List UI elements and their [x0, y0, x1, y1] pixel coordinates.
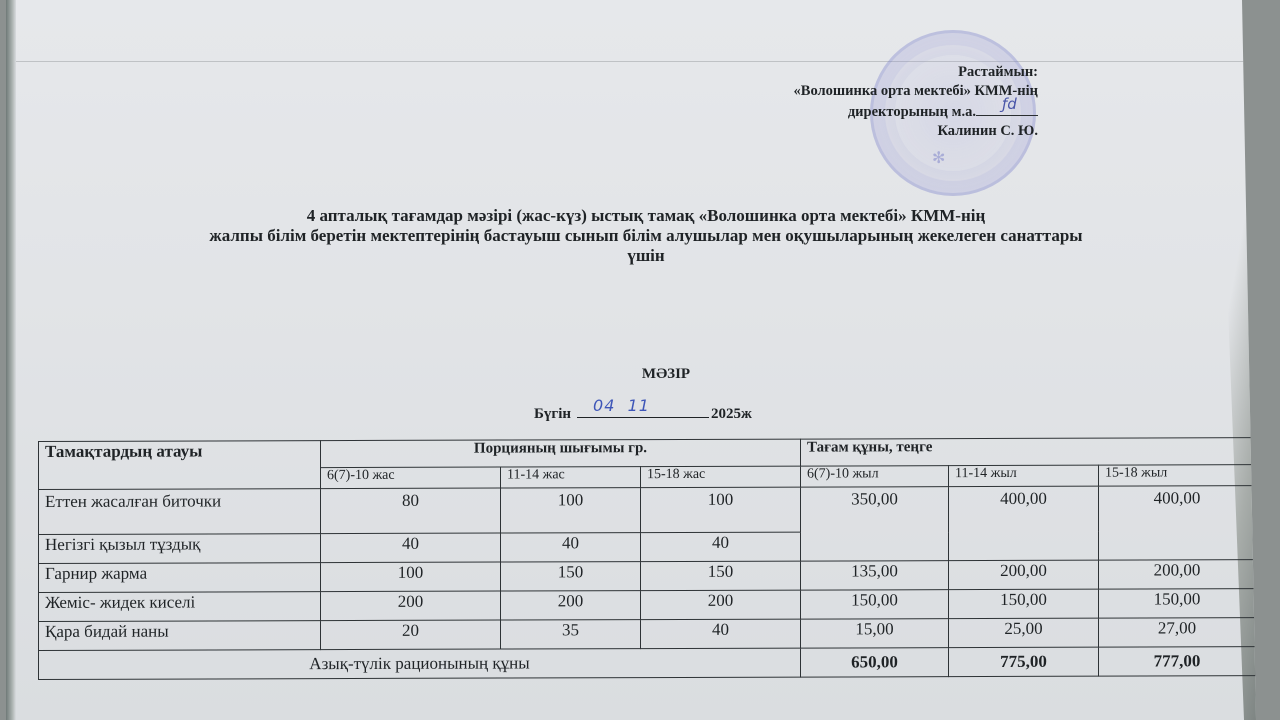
- portion-cell: 200: [321, 591, 501, 621]
- approval-block: Растаймын: «Волошинка орта мектебі» КММ-…: [794, 63, 1038, 141]
- price-cell: 400,00: [949, 486, 1099, 560]
- table-header-row: Тамақтардың атауы Порцияның шығымы гр. Т…: [39, 438, 1256, 469]
- portion-col-header: 15-18 жас: [641, 466, 801, 488]
- portion-cell: 100: [321, 562, 501, 592]
- price-cell: 350,00: [801, 487, 949, 561]
- portion-cell: 35: [501, 620, 641, 649]
- approval-name: Калинин С. Ю.: [794, 122, 1038, 141]
- title-line-1: 4 апталық тағамдар мәзірі (жас-күз) ысты…: [46, 206, 1246, 226]
- table-row: Жеміс- жидек киселі 200 200 200 150,00 1…: [39, 589, 1256, 622]
- portion-cell: 150: [501, 562, 641, 591]
- document-title: 4 апталық тағамдар мәзірі (жас-күз) ысты…: [46, 206, 1246, 266]
- portion-cell: 40: [501, 533, 641, 562]
- paper-fold-line: [16, 61, 1246, 62]
- price-cell: 150,00: [1099, 589, 1256, 618]
- food-name: Гарнир жарма: [39, 563, 321, 593]
- date-handwritten: 04 11: [593, 396, 650, 415]
- food-name: Еттен жасалған биточки: [39, 489, 321, 535]
- portion-cell: 100: [641, 487, 801, 533]
- approval-position: директорының м.а.: [848, 104, 976, 120]
- portion-cell: 200: [641, 590, 801, 620]
- portion-col-header: 11-14 жас: [501, 467, 641, 488]
- portion-cell: 40: [321, 533, 501, 563]
- table-row: Еттен жасалған биточки 80 100 100 350,00…: [39, 486, 1256, 535]
- total-cell: 775,00: [949, 647, 1099, 676]
- portion-cell: 40: [641, 532, 801, 562]
- total-row: Азық-түлік рационының құны 650,00 775,00…: [39, 647, 1256, 680]
- date-row: Бүгін04 112025ж: [534, 401, 752, 423]
- menu-heading: МӘЗІР: [566, 366, 766, 383]
- portion-cell: 100: [501, 488, 641, 533]
- price-cell: 27,00: [1099, 618, 1256, 647]
- stamp-star-icon: ✻: [932, 148, 945, 168]
- portion-cell: 40: [641, 619, 801, 649]
- food-name-header: Тамақтардың атауы: [39, 441, 321, 490]
- title-line-3: үшін: [46, 246, 1246, 266]
- portion-cell: 80: [321, 488, 501, 534]
- portion-cell: 150: [641, 561, 801, 591]
- page-edge-left: [6, 0, 16, 720]
- portion-cell: 20: [321, 620, 501, 650]
- food-name: Негізгі қызыл тұздық: [39, 534, 321, 564]
- date-label: Бүгін: [534, 406, 571, 422]
- price-col-header: 15-18 жыл: [1099, 465, 1256, 486]
- price-cell: 135,00: [801, 561, 949, 590]
- portion-header: Порцияның шығымы гр.: [321, 439, 801, 468]
- price-cell: 400,00: [1099, 486, 1256, 560]
- title-line-2: жалпы білім беретін мектептерінің бастау…: [46, 226, 1246, 246]
- portion-col-header: 6(7)-10 жас: [321, 467, 501, 489]
- approval-label: Растаймын:: [794, 63, 1038, 82]
- signature-line: ƒd: [976, 101, 1038, 116]
- portion-cell: 200: [501, 591, 641, 620]
- total-cell: 777,00: [1099, 647, 1256, 676]
- table-row: Гарнир жарма 100 150 150 135,00 200,00 2…: [39, 560, 1256, 593]
- document-page: ✻ Растаймын: «Волошинка орта мектебі» КМ…: [6, 0, 1256, 720]
- food-name: Жеміс- жидек киселі: [39, 592, 321, 622]
- price-header: Тағам құны, теңге: [801, 438, 1256, 466]
- approval-position-row: директорының м.а.ƒd: [794, 101, 1038, 122]
- price-cell: 150,00: [801, 590, 949, 619]
- food-name: Қара бидай наны: [39, 621, 321, 651]
- price-cell: 150,00: [949, 589, 1099, 618]
- signature: ƒd: [1002, 95, 1017, 114]
- price-cell: 15,00: [801, 619, 949, 648]
- price-cell: 25,00: [949, 618, 1099, 647]
- price-col-header: 11-14 жыл: [949, 465, 1099, 486]
- price-cell: 200,00: [1099, 560, 1256, 589]
- price-col-header: 6(7)-10 жыл: [801, 466, 949, 487]
- date-year: 2025ж: [711, 406, 752, 422]
- total-cell: 650,00: [801, 648, 949, 677]
- price-cell: 200,00: [949, 560, 1099, 589]
- table-row: Қара бидай наны 20 35 40 15,00 25,00 27,…: [39, 618, 1256, 651]
- date-blank-line: 04 11: [577, 401, 709, 418]
- menu-table: Тамақтардың атауы Порцияның шығымы гр. Т…: [38, 437, 1256, 680]
- total-label: Азық-түлік рационының құны: [39, 648, 801, 679]
